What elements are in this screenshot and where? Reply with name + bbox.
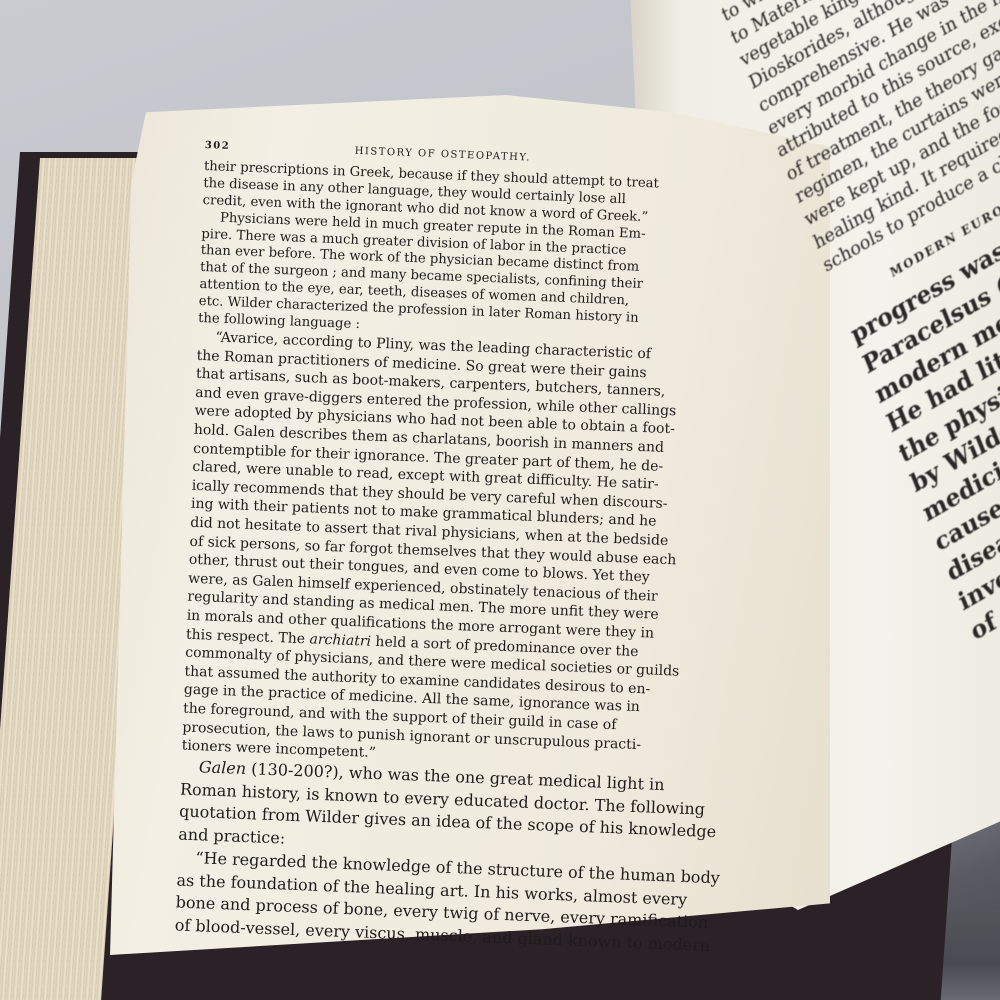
italic-term: archiatri (309, 631, 371, 649)
galen-paragraph: Galen (130-200?), who was the one great … (174, 755, 701, 957)
left-page-text: 302 HISTORY OF OSTEOPATHY. their prescri… (174, 140, 724, 957)
pliny-quote: “Avarice, according to Pliny, was the le… (181, 328, 717, 776)
italic-name: Galen (199, 757, 247, 778)
photo-scene: 302 HISTORY OF OSTEOPATHY. their prescri… (0, 0, 1000, 1000)
opening-paragraphs: their prescriptions in Greek, because if… (198, 159, 724, 348)
